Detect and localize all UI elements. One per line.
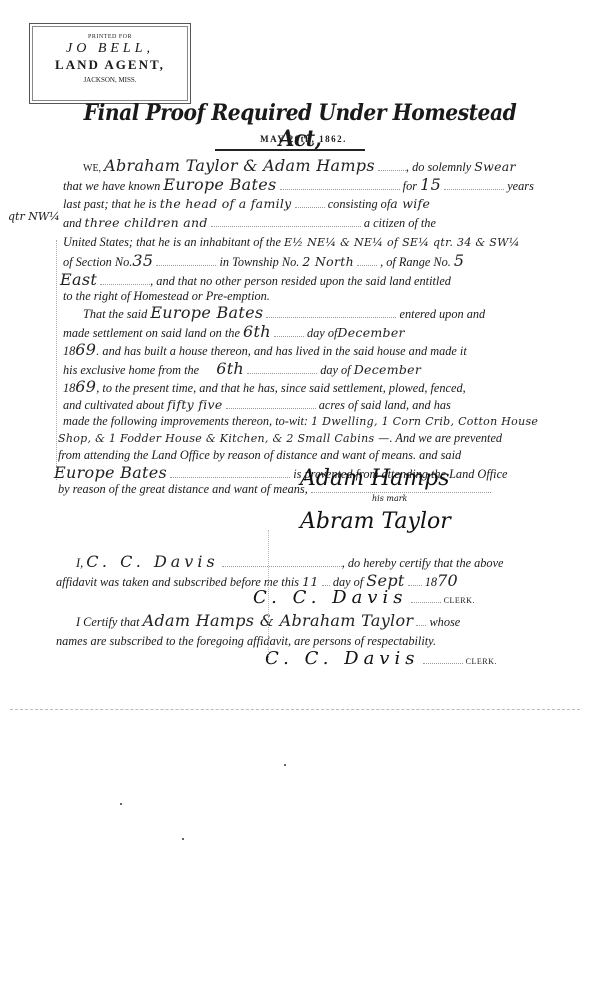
day-of-label: day of xyxy=(307,326,337,340)
whose-label: whose xyxy=(429,615,460,629)
family-field-1[interactable]: a wife xyxy=(390,196,430,211)
cultivated-label: and cultivated about xyxy=(63,398,164,412)
claimant-field-3[interactable]: Europe Bates xyxy=(54,463,167,482)
document-title: Final Proof Required Under Homestead Act… xyxy=(79,100,521,152)
clerk-signature-2: C. C. Davis xyxy=(265,648,419,669)
affidavit-line-5: United States; that he is an inhabitant … xyxy=(63,235,520,250)
day-of-label-2: day of xyxy=(320,363,350,377)
printer-name: JO BELL, xyxy=(30,41,190,57)
certification-line-4: names are subscribed to the foregoing af… xyxy=(56,634,436,648)
paper-speck xyxy=(182,838,184,840)
affidavit-line-17: from attending the Land Office by reason… xyxy=(58,448,461,462)
respectability-text: names are subscribed to the foregoing af… xyxy=(56,634,436,648)
settlement-year-field[interactable]: 69 xyxy=(75,340,96,359)
status-field[interactable]: the head of a family xyxy=(160,196,292,211)
acres-field[interactable]: fifty five xyxy=(167,397,222,412)
citizen-label: a citizen of the xyxy=(364,216,436,230)
affidavit-line-16: Shop, & 1 Fodder House & Kitchen, & 2 Sm… xyxy=(58,431,502,446)
years-field[interactable]: 15 xyxy=(420,175,441,194)
prevented-text-1: . And we are prevented xyxy=(390,431,503,445)
exclusive-home-label: his exclusive home from the xyxy=(63,363,199,377)
bottom-dashed-line xyxy=(10,709,580,710)
clerk-label-1: CLERK. xyxy=(444,596,475,605)
act-date: MAY 20th, 1862. xyxy=(0,134,607,144)
improvements-label: made the following improvements thereon,… xyxy=(63,414,308,428)
center-fold-line xyxy=(268,530,269,660)
margin-note: qtr NW¼ xyxy=(8,210,60,223)
we-label: WE, xyxy=(83,163,101,174)
range-field[interactable]: 5 xyxy=(454,251,464,270)
i-certify-label: I Certify that xyxy=(76,615,140,629)
affidavit-line-3: last past; that he is the head of a fami… xyxy=(63,197,430,211)
certification-line-1: I, C. C. Davis , do hereby certify that … xyxy=(76,555,504,570)
oath-field[interactable]: Swear xyxy=(474,159,516,174)
range-direction-field[interactable]: East xyxy=(60,270,97,289)
affidavit-line-12: his exclusive home from the 6th day of D… xyxy=(63,362,421,377)
known-label: that we have known xyxy=(63,179,160,193)
built-house-text: . and has built a house thereon, and has… xyxy=(96,344,466,358)
acres-label: acres of said land, and has xyxy=(319,398,451,412)
printer-location: JACKSON, MISS. xyxy=(30,76,190,84)
i-label: I, xyxy=(76,556,83,570)
affidavit-line-14: and cultivated about fifty five acres of… xyxy=(63,398,451,412)
affidavit-line-6: of Section No.35 in Township No. 2 North… xyxy=(63,254,464,269)
home-month-field[interactable]: December xyxy=(354,362,421,377)
consisting-of-label: consisting of xyxy=(328,197,391,211)
last-past-label: last past; that he is xyxy=(63,197,157,211)
claimant-field-2[interactable]: Europe Bates xyxy=(150,303,263,322)
affidavit-line-4: and three children and a citizen of the xyxy=(63,216,436,230)
home-day-field[interactable]: 6th xyxy=(216,359,244,378)
township-field[interactable]: 2 North xyxy=(302,254,354,269)
affidavit-line-9: That the said Europe Bates entered upon … xyxy=(83,306,485,321)
section-field[interactable]: 35 xyxy=(132,251,153,270)
clerk-signature-row-2: C. C. Davis CLERK. xyxy=(265,652,497,669)
affidavit-line-7: East , and that no other person resided … xyxy=(60,273,451,288)
inhabitant-label: United States; that he is an inhabitant … xyxy=(63,235,281,249)
affidavit-line-10: made settlement on said land on the 6th … xyxy=(63,325,405,340)
affidavit-line-2: that we have known Europe Bates for 15 y… xyxy=(63,178,534,193)
range-label: , of Range No. xyxy=(380,255,451,269)
land-description-field[interactable]: E½ NE¼ & NE¼ of SE¼ qtr. 34 & SW¼ xyxy=(284,236,520,249)
home-year-field[interactable]: 69 xyxy=(75,377,96,396)
signature-adam-hamps: Adam Hamps xyxy=(300,466,449,491)
made-settlement-label: made settlement on said land on the xyxy=(63,326,240,340)
improvements-field-2[interactable]: Shop, & 1 Fodder House & Kitchen, & 2 Sm… xyxy=(58,432,390,445)
entered-upon-label: entered upon and xyxy=(400,307,486,321)
printer-stamp: PRINTED FOR JO BELL, LAND AGENT, JACKSON… xyxy=(29,23,191,104)
years-label: years xyxy=(507,179,534,193)
year-prefix-2: 18 xyxy=(63,381,75,395)
and-label: and xyxy=(63,216,81,230)
affidavit-line-8: to the right of Homestead or Pre-emption… xyxy=(63,289,270,303)
no-other-person-text: , and that no other person resided upon … xyxy=(150,274,451,288)
margin-dotted-line xyxy=(56,240,57,480)
signature-abram-taylor: Abram Taylor xyxy=(300,509,451,534)
township-label: in Township No. xyxy=(219,255,299,269)
paper-speck xyxy=(284,764,286,766)
signature-mark-label: his mark xyxy=(372,494,407,503)
settlement-day-field[interactable]: 6th xyxy=(243,322,271,341)
settlement-month-field[interactable]: December xyxy=(337,325,404,340)
affidavit-line-15: made the following improvements thereon,… xyxy=(63,414,538,429)
clerk-label-2: CLERK. xyxy=(466,657,497,666)
affidavit-line-1: WE, Abraham Taylor & Adam Hamps , do sol… xyxy=(83,159,516,176)
claimant-field[interactable]: Europe Bates xyxy=(163,175,276,194)
printed-for-label: PRINTED FOR xyxy=(30,34,190,40)
certify-text: , do hereby certify that the above xyxy=(342,556,504,570)
affiants-field[interactable]: Abraham Taylor & Adam Hamps xyxy=(104,156,375,175)
affidavit-line-13: 1869, to the present time, and that he h… xyxy=(63,380,466,395)
for-label: for xyxy=(403,179,417,193)
family-field-2[interactable]: three children and xyxy=(85,215,208,230)
clerk-signature-row-1: C. C. Davis CLERK. xyxy=(253,591,475,608)
improvements-field-1[interactable]: 1 Dwelling, 1 Corn Crib, Cotton House xyxy=(311,415,538,428)
that-the-said-label: That the said xyxy=(83,307,147,321)
clerk-name-field[interactable]: C. C. Davis xyxy=(86,552,218,571)
clerk-signature-1: C. C. Davis xyxy=(253,587,407,608)
year-prefix-1: 18 xyxy=(63,344,75,358)
paper-speck xyxy=(120,803,122,805)
certification-year-field[interactable]: 70 xyxy=(437,571,458,590)
affidavit-line-11: 1869. and has built a house thereon, and… xyxy=(63,343,467,358)
cert-year-prefix: 18 xyxy=(425,575,437,589)
title-rule xyxy=(215,149,365,151)
printer-title: LAND AGENT, xyxy=(30,57,190,73)
to-present-text: , to the present time, and that he has, … xyxy=(96,381,465,395)
certified-names-field[interactable]: Adam Hamps & Abraham Taylor xyxy=(143,611,414,630)
do-solemnly-label: , do solemnly xyxy=(406,160,471,174)
prevented-text-2: from attending the Land Office by reason… xyxy=(58,448,461,462)
prevented-text-4: by reason of the great distance and want… xyxy=(58,482,308,496)
right-of-text: to the right of Homestead or Pre-emption… xyxy=(63,289,270,303)
section-label: of Section No. xyxy=(63,255,132,269)
